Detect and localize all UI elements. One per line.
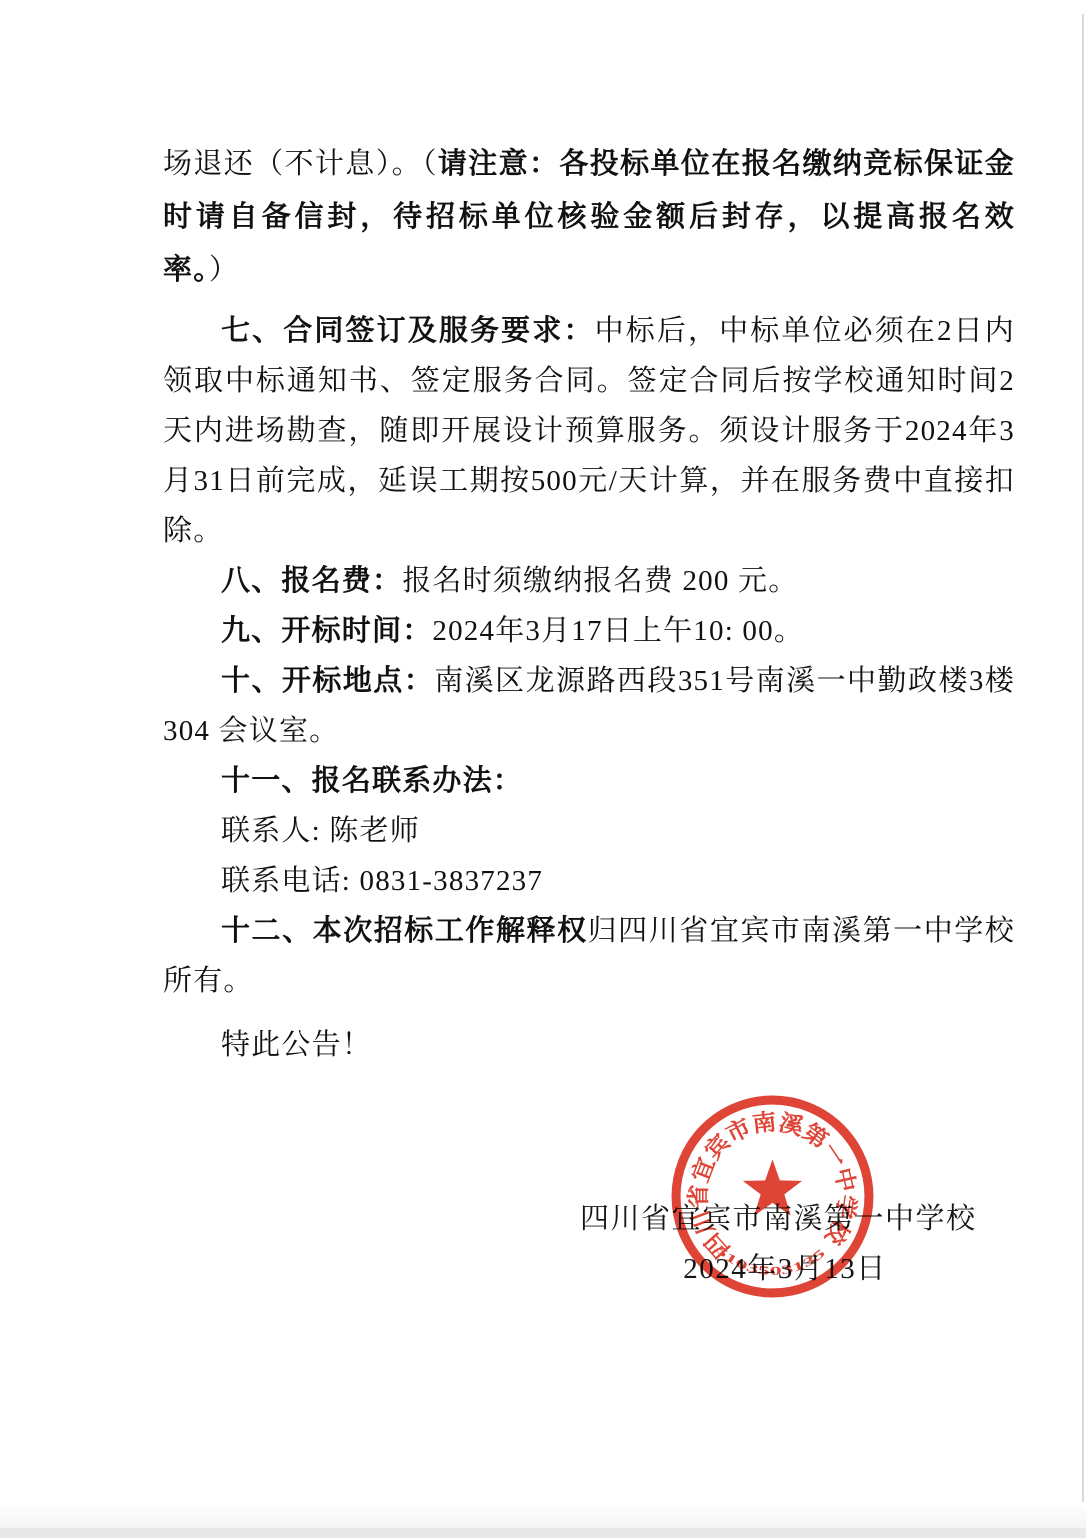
page-bottom-fade xyxy=(0,1502,1086,1528)
intro-paragraph: 场退还（不计息）。（请注意：各投标单位在报名缴纳竞标保证金时请自备信封，待招标单… xyxy=(163,138,1015,297)
section-7-text: 中标后，中标单位必须在2日内领取中标通知书、签定服务合同。签定合同后按学校通知时… xyxy=(163,315,1015,547)
section-9-heading: 九、开标时间： xyxy=(221,615,432,647)
page-right-edge-line xyxy=(1082,14,1084,1538)
contact-person: 联系人: 陈老师 xyxy=(221,815,420,847)
intro-lead: 场退还（不计息）。（ xyxy=(163,148,438,180)
section-7-heading: 七、合同签订及服务要求： xyxy=(221,315,595,347)
section-9-bid-opening-time: 九、开标时间：2024年3月17日上午10: 00。 xyxy=(163,606,1015,656)
closing-text: 特此公告！ xyxy=(221,1029,372,1061)
section-10-bid-opening-place: 十、开标地点：南溪区龙源路西段351号南溪一中勤政楼3楼304 会议室。 xyxy=(163,656,1015,756)
intro-tail: ） xyxy=(209,254,239,286)
section-12-heading: 十二、本次招标工作解释权 xyxy=(221,915,588,947)
official-seal-stamp: 四川省宜宾市南溪第一中学校 5103503135 xyxy=(667,1091,878,1302)
section-7-contract: 七、合同签订及服务要求：中标后，中标单位必须在2日内领取中标通知书、签定服务合同… xyxy=(163,306,1015,556)
seal-star-icon xyxy=(743,1159,802,1215)
section-11-contact-method: 十一、报名联系办法： xyxy=(163,756,1015,806)
section-12-interpretation: 十二、本次招标工作解释权归四川省宜宾市南溪第一中学校所有。 xyxy=(163,906,1015,1006)
section-9-text: 2024年3月17日上午10: 00。 xyxy=(432,615,804,647)
section-8-text: 报名时须缴纳报名费 200 元。 xyxy=(402,565,798,597)
contact-phone: 联系电话: 0831-3837237 xyxy=(221,865,543,897)
section-11-heading: 十一、报名联系办法： xyxy=(221,765,523,797)
contact-phone-line: 联系电话: 0831-3837237 xyxy=(163,856,1015,906)
contact-person-line: 联系人: 陈老师 xyxy=(163,806,1015,856)
section-10-heading: 十、开标地点： xyxy=(221,665,434,697)
document-page: 场退还（不计息）。（请注意：各投标单位在报名缴纳竞标保证金时请自备信封，待招标单… xyxy=(0,0,1086,1538)
closing-line: 特此公告！ xyxy=(163,1020,1015,1070)
page-bottom-bar xyxy=(0,1528,1086,1538)
section-8-heading: 八、报名费： xyxy=(221,565,402,597)
announcement-body: 场退还（不计息）。（请注意：各投标单位在报名缴纳竞标保证金时请自备信封，待招标单… xyxy=(163,0,1015,1070)
section-8-registration-fee: 八、报名费：报名时须缴纳报名费 200 元。 xyxy=(163,556,1015,606)
